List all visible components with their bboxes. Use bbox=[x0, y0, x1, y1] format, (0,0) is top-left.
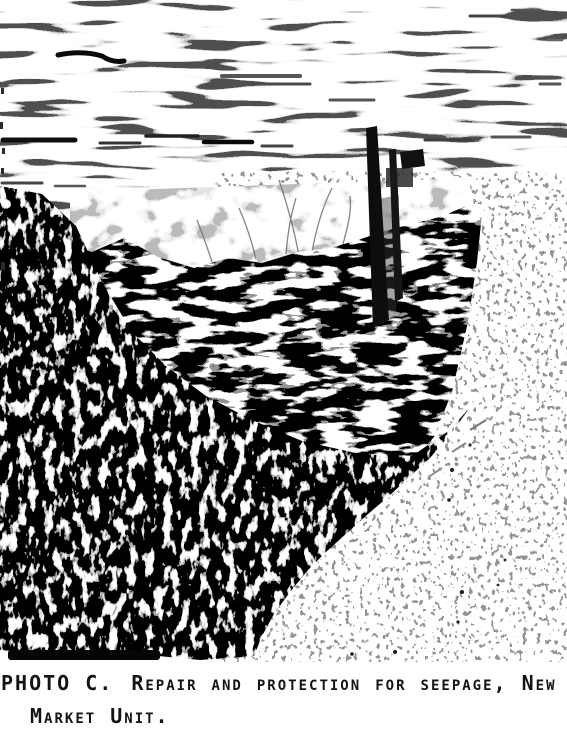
caption-label: PHOTO C. bbox=[1, 671, 113, 695]
photo-figure: PHOTO C.Repair and protection for seepag… bbox=[0, 0, 567, 733]
vegetation-base-bar bbox=[8, 650, 160, 660]
scanned-page: PHOTO C.Repair and protection for seepag… bbox=[0, 0, 567, 740]
caption-line-1: PHOTO C.Repair and protection for seepag… bbox=[0, 667, 567, 700]
seepage-photo bbox=[0, 0, 567, 662]
photo-caption: PHOTO C.Repair and protection for seepag… bbox=[0, 667, 567, 733]
caption-text: Repair and protection for seepage, New bbox=[131, 671, 556, 695]
caption-line-2: Market Unit. bbox=[0, 700, 567, 733]
halftone-photo-graphic bbox=[0, 0, 567, 662]
